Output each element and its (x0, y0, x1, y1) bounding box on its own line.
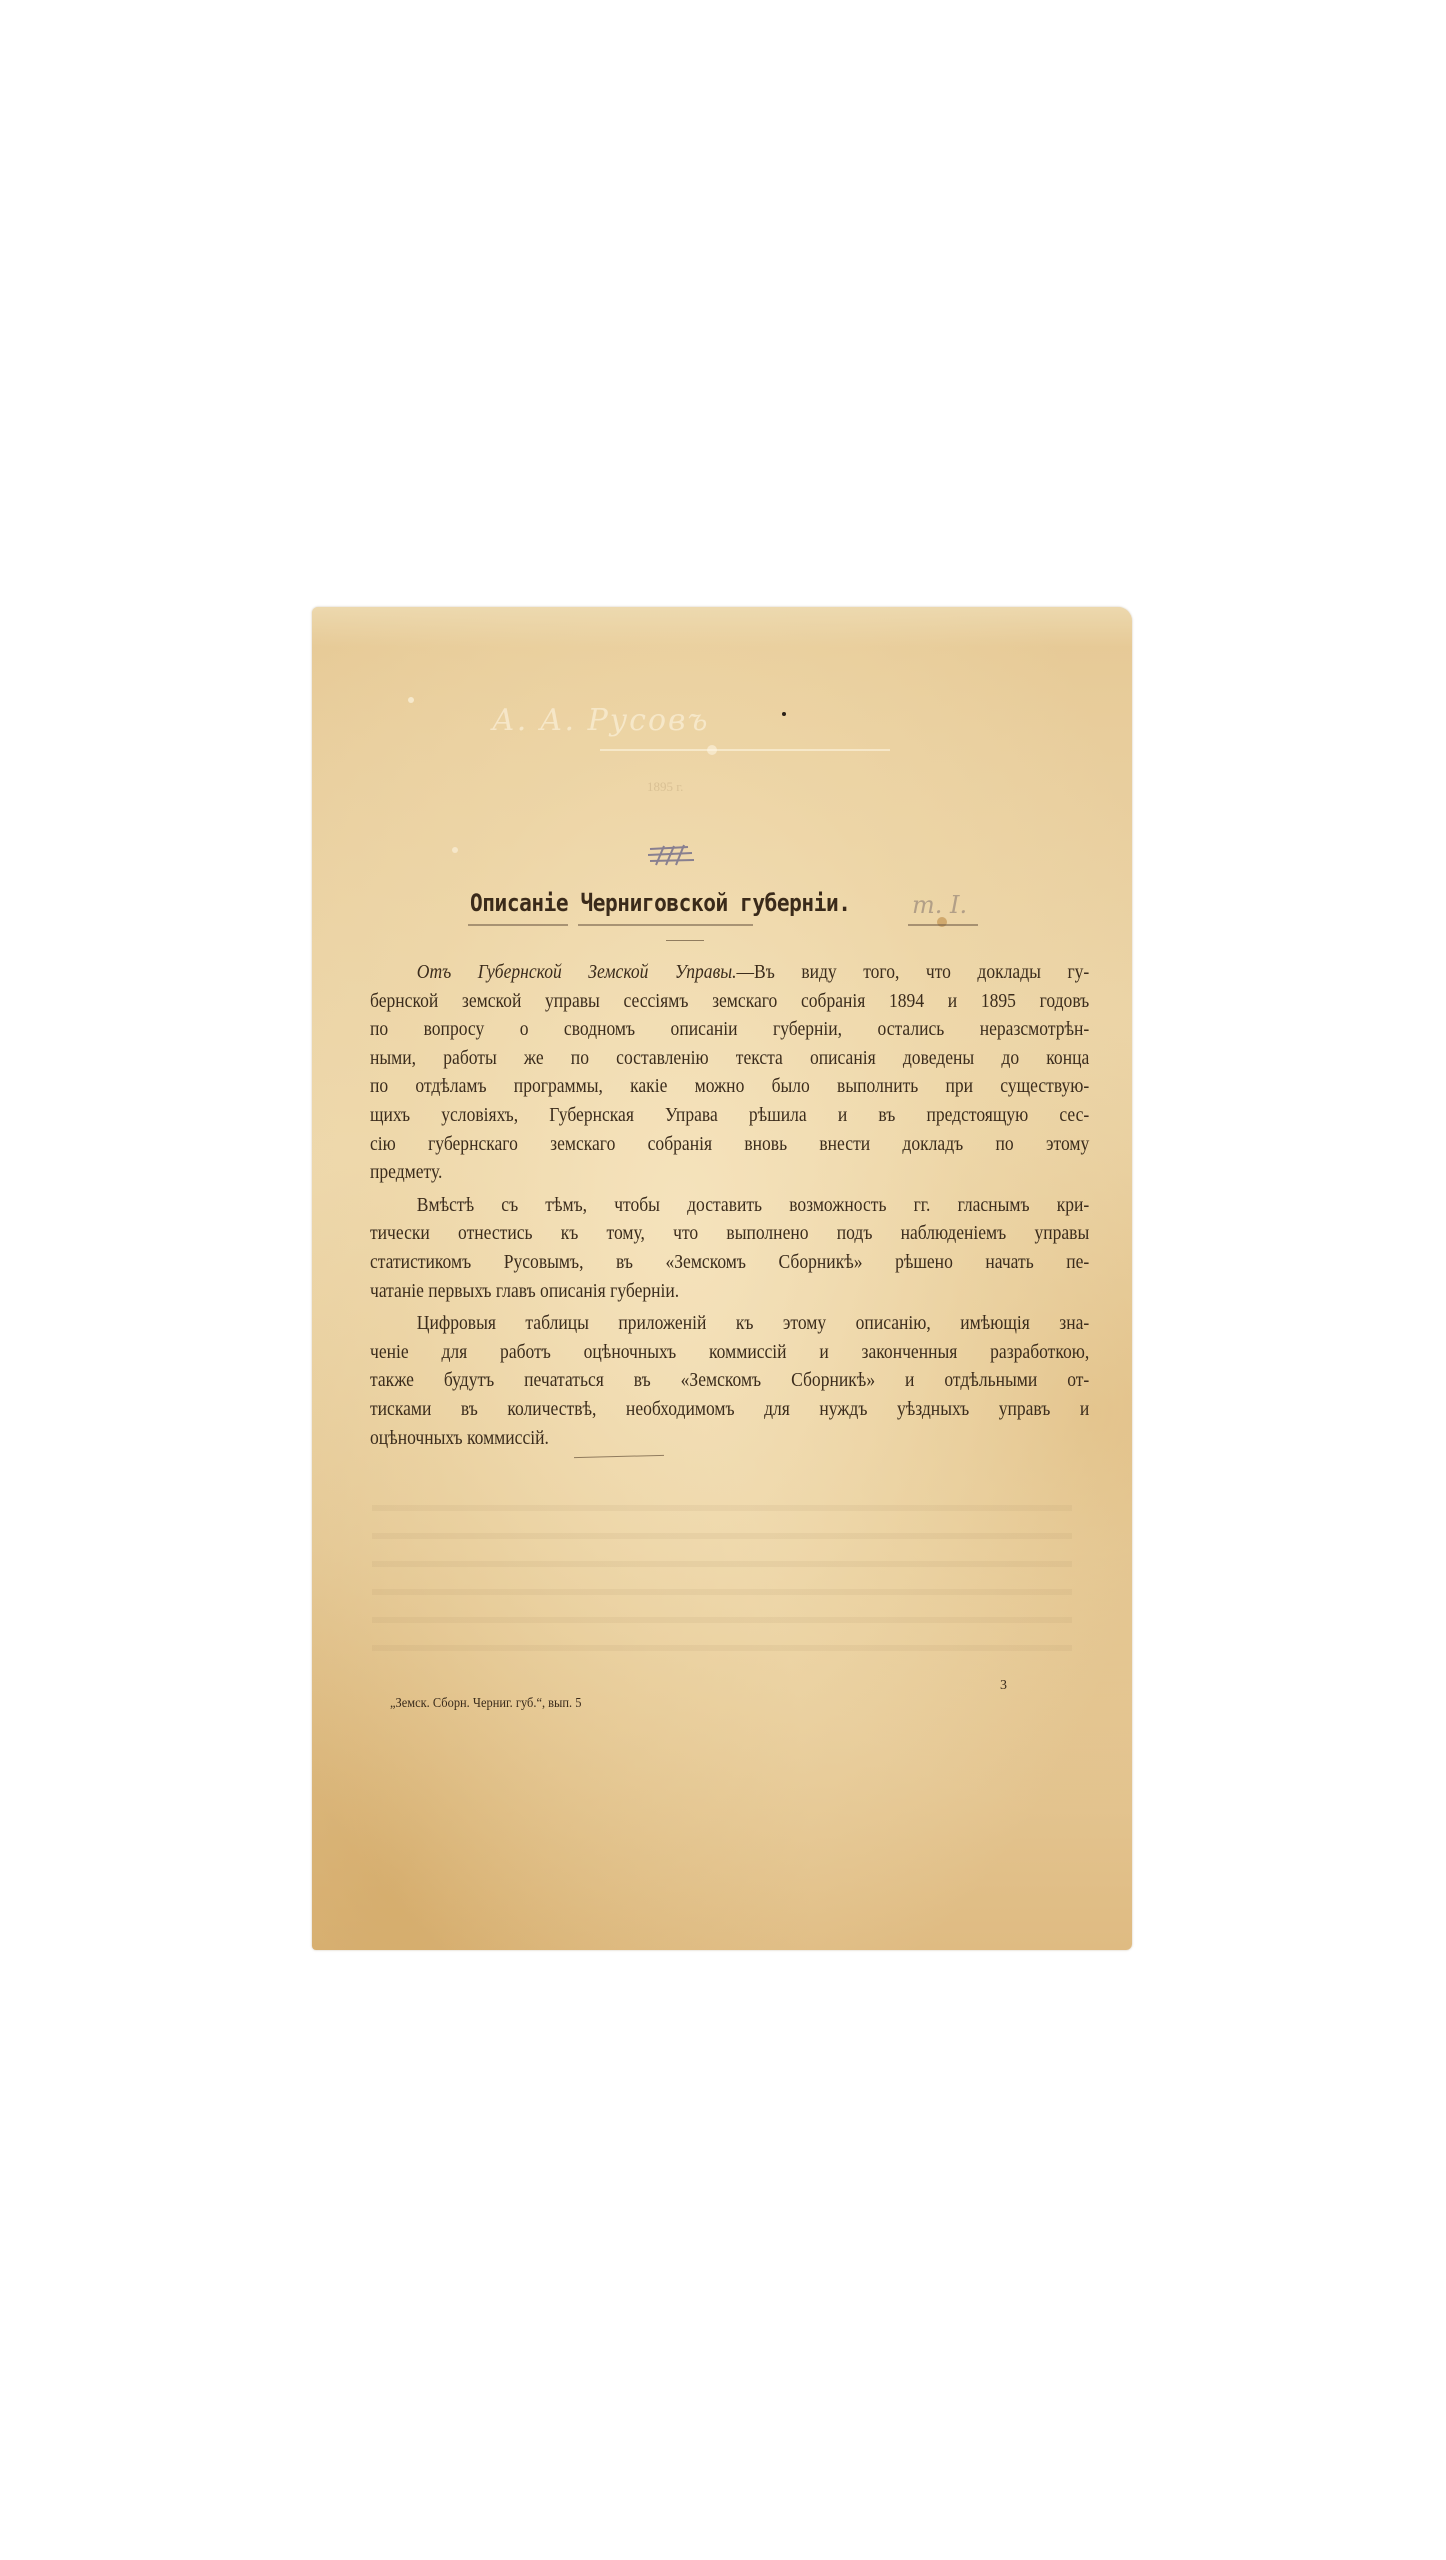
text-line: по вопросу о сводномъ описаніи губерніи,… (370, 1016, 1089, 1045)
footer-signature: „Земск. Сборн. Черниг. губ.“, вып. 5 (390, 1695, 581, 1711)
paper-speck (452, 847, 458, 853)
crossed-out-mark-icon (648, 843, 694, 867)
text-line: оцѣночныхъ коммиссій. (370, 1425, 1089, 1454)
separator-rule (666, 940, 704, 941)
title-block: Описаніе Черниговской губерніи. т. I. (312, 889, 1132, 929)
text-line: Отъ Губернской Земской Управы.—Въ виду т… (370, 959, 1089, 988)
text-line: также будутъ печататься въ «Земскомъ Сбо… (370, 1367, 1089, 1396)
body-text: Отъ Губернской Земской Управы.—Въ виду т… (370, 959, 1090, 1453)
volume-underline (908, 924, 978, 926)
volume-mark: т. I. (912, 891, 967, 919)
text-line: предмету. (370, 1159, 1089, 1188)
text-line: бернской земской управы сессіямъ земскаг… (370, 988, 1089, 1017)
text-line: сію губернскаго земскаго собранія вновь … (370, 1131, 1089, 1160)
text-line: тически отнестись къ тому, что выполнено… (370, 1220, 1089, 1249)
faint-stamp: 1895 г. (647, 779, 683, 795)
text-line: по отдѣламъ программы, какіе можно было … (370, 1073, 1089, 1102)
text-line: ными, работы же по составленію текста оп… (370, 1045, 1089, 1074)
paper-speck (408, 697, 414, 703)
signature-underline (600, 749, 890, 751)
text-line: ченіе для работъ оцѣночныхъ коммиссій и … (370, 1339, 1089, 1368)
page-number: 3 (1000, 1678, 1007, 1694)
title-underline (578, 924, 753, 926)
text-line: щихъ условіяхъ, Губернская Управа рѣшила… (370, 1102, 1089, 1131)
document-page: А. А. Русовъ 1895 г. Описаніе Черниговск… (312, 607, 1132, 1950)
title-underline (468, 924, 568, 926)
text-line: тисками въ количествѣ, необходимомъ для … (370, 1396, 1089, 1425)
text-line: чатаніе первыхъ главъ описанія губерніи. (370, 1278, 1089, 1307)
end-separator-rule (574, 1455, 664, 1458)
text-line: Вмѣстѣ съ тѣмъ, чтобы доставить возможно… (370, 1192, 1089, 1221)
handwritten-signature: А. А. Русовъ (492, 703, 710, 738)
page-title: Описаніе Черниговской губерніи. (470, 889, 851, 917)
text-line: статистикомъ Русовымъ, въ «Земскомъ Сбор… (370, 1249, 1089, 1278)
show-through-text (372, 1487, 1072, 1667)
text-line: Цифровыя таблицы приложеній къ этому опи… (370, 1310, 1089, 1339)
paper-speck (782, 712, 786, 716)
